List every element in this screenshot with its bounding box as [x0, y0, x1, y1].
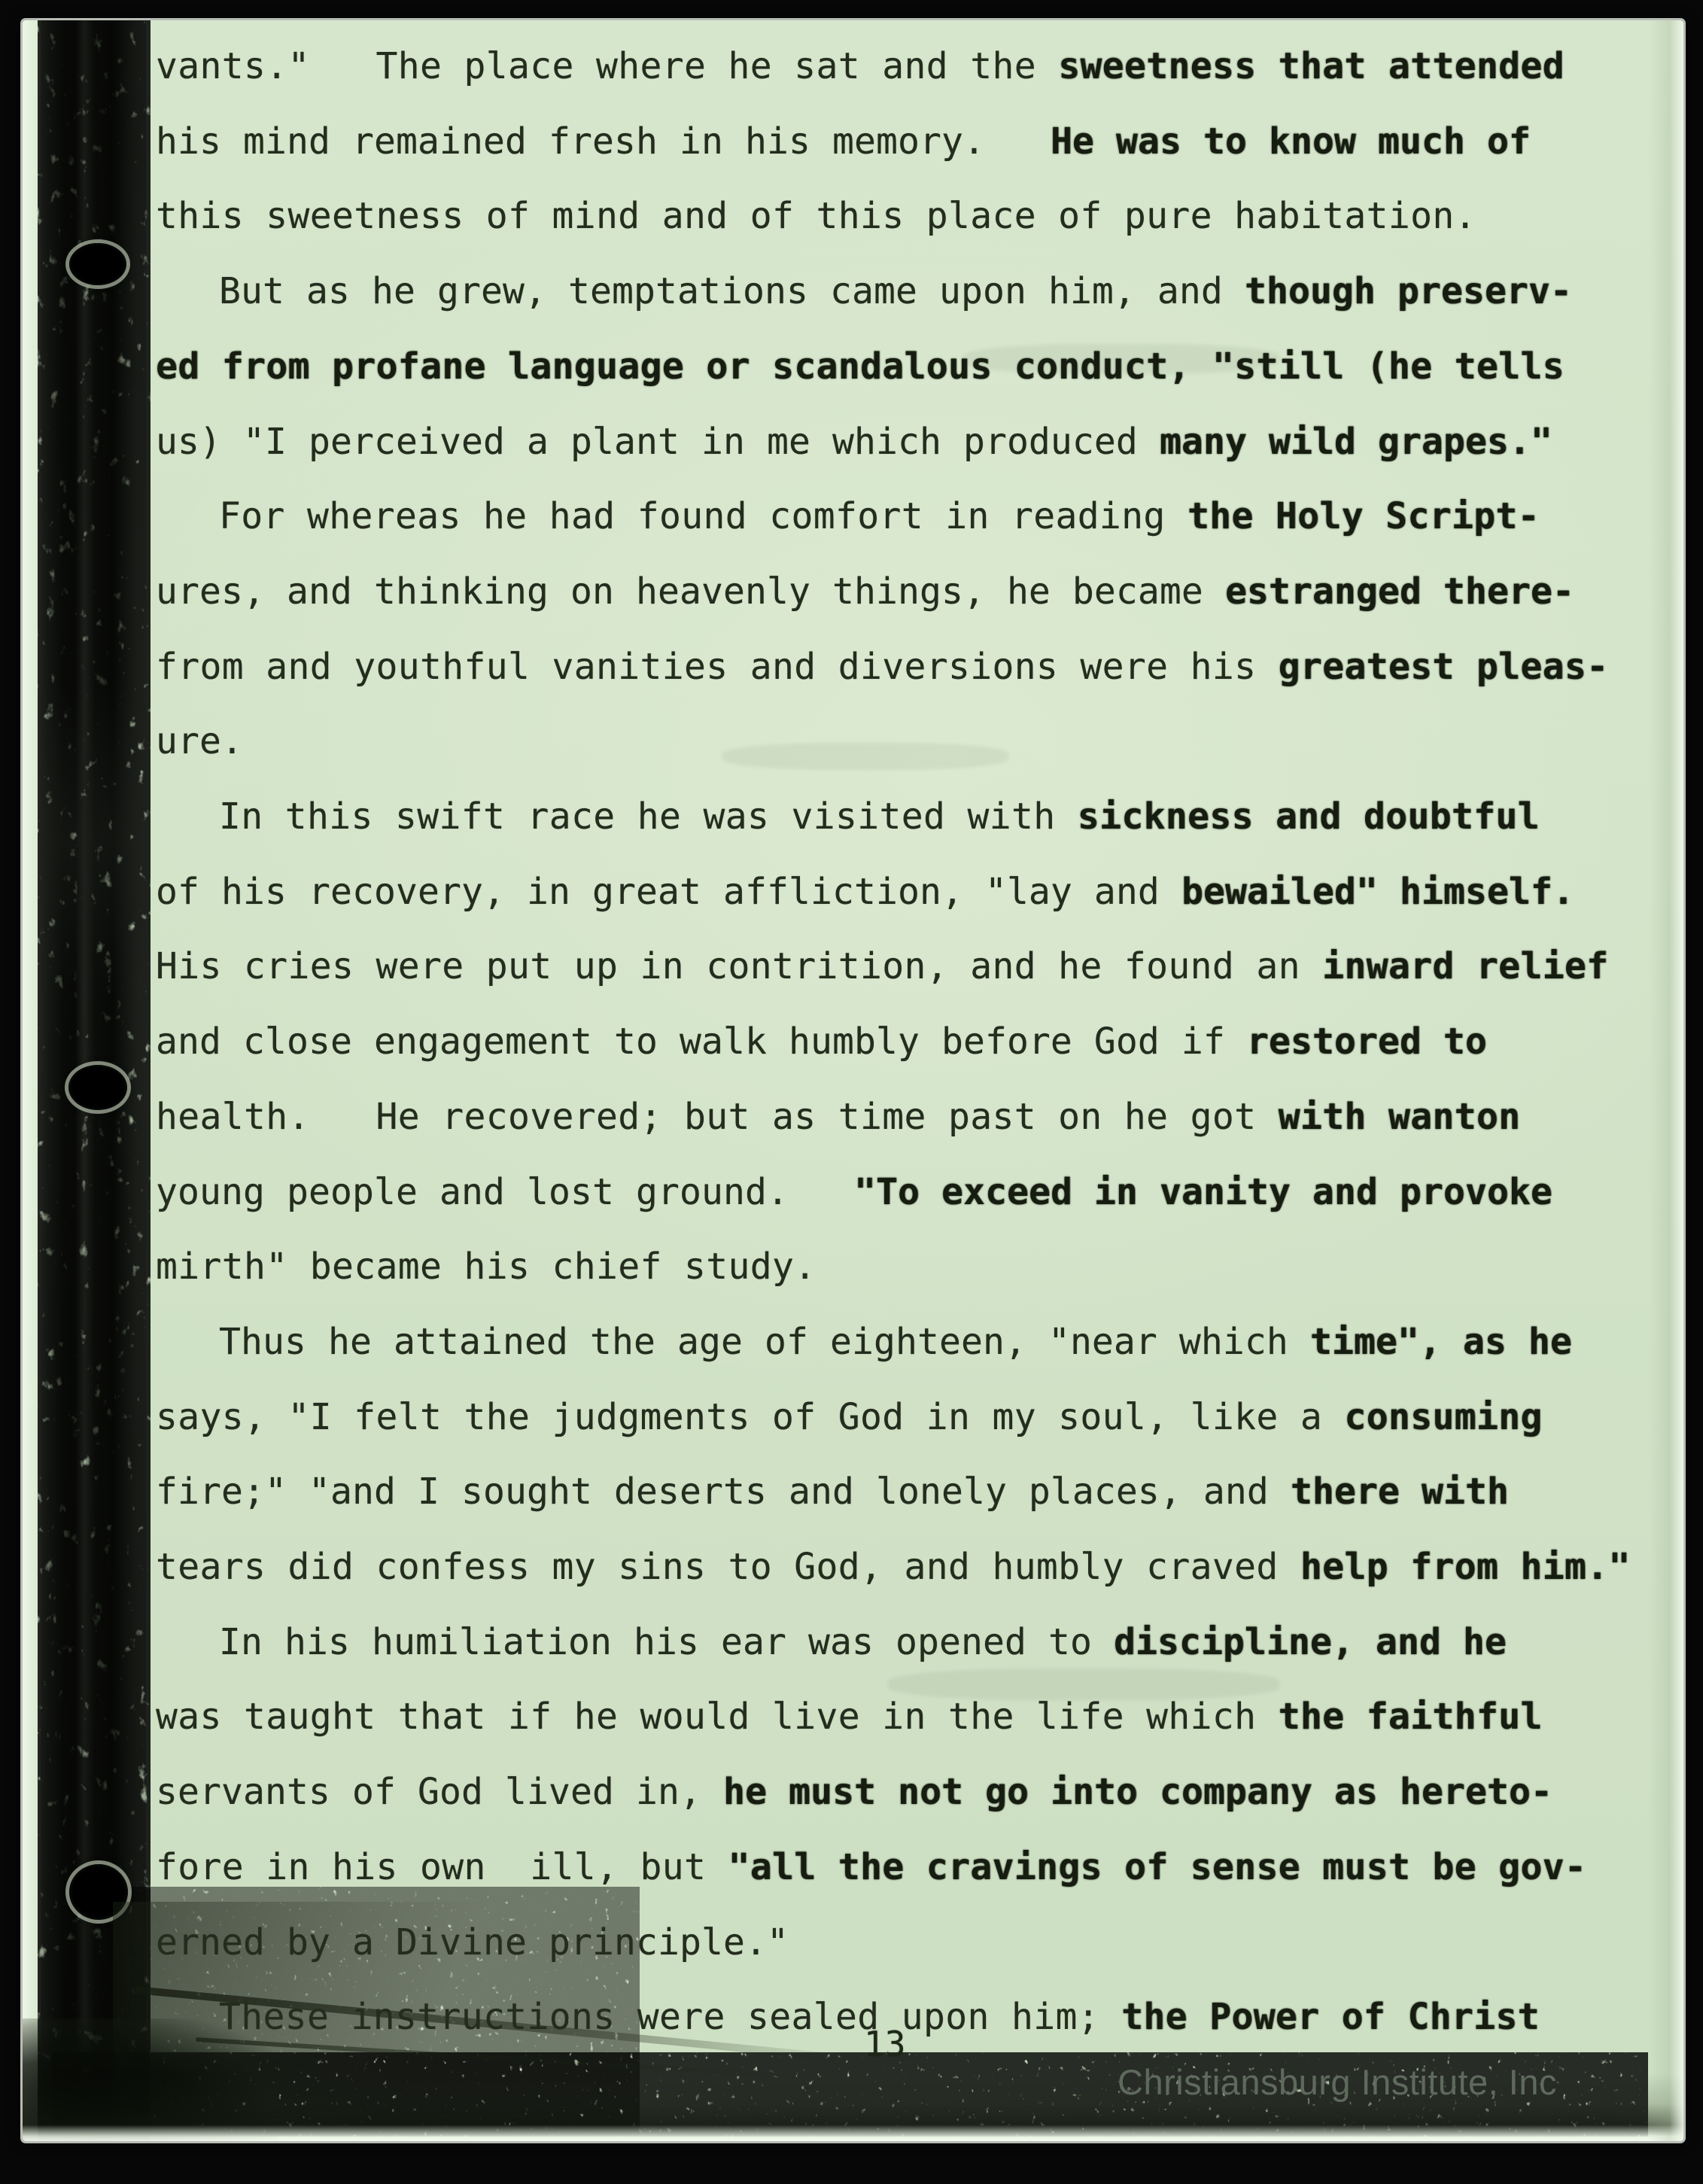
text-line: For whereas he had found comfort in read… — [156, 497, 1540, 536]
text-segment-bold: the faithful — [1279, 1696, 1543, 1738]
text-segment: and close engagement to walk humbly befo… — [156, 1021, 1247, 1063]
text-line: health. He recovered; but as time past o… — [156, 1097, 1520, 1136]
text-line: vants." The place where he sat and the s… — [156, 47, 1565, 86]
text-line: says, "I felt the judgments of God in my… — [156, 1398, 1543, 1437]
text-segment: mirth" became his chief study. — [156, 1246, 816, 1288]
text-segment-bold: greatest pleas- — [1279, 646, 1609, 688]
text-segment: For whereas he had found comfort in read… — [219, 495, 1188, 537]
text-line: ure. — [156, 722, 243, 761]
text-line: ures, and thinking on heavenly things, h… — [156, 572, 1574, 611]
text-segment-bold: with wanton — [1279, 1096, 1521, 1138]
text-segment-bold: sickness and doubtful — [1078, 795, 1540, 838]
text-segment-bold: he must not go into company as hereto- — [723, 1771, 1552, 1813]
text-segment: But as he grew, temptations came upon hi… — [219, 270, 1245, 312]
text-segment-bold: the Power of Christ — [1121, 1996, 1540, 2038]
text-segment-bold: restored to — [1247, 1021, 1487, 1063]
text-line: his mind remained fresh in his memory. H… — [156, 122, 1531, 161]
paper-right-edge-highlight — [1649, 20, 1683, 2141]
text-line: ed from profane language or scandalous c… — [156, 347, 1565, 386]
text-line: us) "I perceived a plant in me which pro… — [156, 422, 1552, 461]
text-segment: These instructions were sealed upon him; — [219, 1996, 1121, 2038]
text-line: servants of God lived in, he must not go… — [156, 1772, 1552, 1811]
text-segment: In this swift race he was visited with — [219, 795, 1078, 838]
text-segment: ure. — [156, 720, 243, 762]
text-segment-bold: bewailed" himself. — [1181, 871, 1574, 913]
text-segment: vants." The place where he sat and the — [156, 45, 1058, 87]
text-segment-bold: time", as he — [1310, 1321, 1572, 1363]
typewritten-text-block: vants." The place where he sat and the s… — [156, 20, 1653, 2141]
text-segment: ures, and thinking on heavenly things, h… — [156, 570, 1225, 613]
text-line: from and youthful vanities and diversion… — [156, 647, 1608, 686]
text-segment: His cries were put up in contrition, and… — [156, 945, 1322, 987]
text-segment-bold: ed from profane language or scandalous c… — [156, 345, 1565, 388]
text-segment-bold: He was to know much of — [1051, 120, 1531, 163]
text-segment-bold: there with — [1291, 1471, 1509, 1513]
text-line: this sweetness of mind and of this place… — [156, 196, 1476, 236]
text-segment: In his humiliation his ear was opened to — [219, 1621, 1114, 1663]
text-segment-bold: many wild grapes." — [1160, 421, 1552, 463]
page-number: 13 — [864, 2024, 905, 2064]
watermark-text: Christiansburg Institute, Inc — [1118, 2061, 1667, 2103]
text-segment: says, "I felt the judgments of God in my… — [156, 1396, 1344, 1438]
text-segment-bold: "all the cravings of sense must be gov- — [728, 1846, 1586, 1888]
text-line: His cries were put up in contrition, and… — [156, 947, 1608, 986]
text-segment-bold: sweetness that attended — [1058, 45, 1565, 87]
punch-hole-middle — [68, 1065, 127, 1110]
text-line: But as he grew, temptations came upon hi… — [156, 272, 1572, 311]
text-line: and close engagement to walk humbly befo… — [156, 1022, 1487, 1061]
text-line: young people and lost ground. "To exceed… — [156, 1173, 1552, 1212]
text-segment: us) "I perceived a plant in me which pro… — [156, 421, 1160, 463]
text-line: of his recovery, in great affliction, "l… — [156, 872, 1574, 911]
text-segment-bold: estranged there- — [1225, 570, 1574, 613]
text-segment: of his recovery, in great affliction, "l… — [156, 871, 1181, 913]
binding-streak-fade — [41, 683, 146, 999]
text-segment: young people and lost ground. — [156, 1171, 854, 1213]
text-line: tears did confess my sins to God, and hu… — [156, 1547, 1631, 1586]
text-line: In his humiliation his ear was opened to… — [156, 1623, 1507, 1662]
text-segment: erned by a Divine principle." — [156, 1921, 789, 1963]
text-segment-bold: "To exceed in vanity and provoke — [854, 1171, 1552, 1213]
text-line: Thus he attained the age of eighteen, "n… — [156, 1322, 1572, 1361]
text-line: fire;" "and I sought deserts and lonely … — [156, 1472, 1509, 1511]
punch-hole-top — [69, 243, 126, 285]
text-segment: this sweetness of mind and of this place… — [156, 195, 1476, 237]
text-segment: Thus he attained the age of eighteen, "n… — [219, 1321, 1310, 1363]
text-segment: from and youthful vanities and diversion… — [156, 646, 1279, 688]
text-segment: health. He recovered; but as time past o… — [156, 1096, 1279, 1138]
text-segment-bold: the Holy Script- — [1188, 495, 1540, 537]
text-segment: fore in his own ill, but — [156, 1846, 728, 1888]
text-segment: his mind remained fresh in his memory. — [156, 120, 1051, 163]
text-segment-bold: though preserv- — [1245, 270, 1572, 312]
paper-sheet: vants." The place where he sat and the s… — [23, 20, 1683, 2141]
text-segment: servants of God lived in, — [156, 1771, 723, 1813]
text-segment: was taught that if he would live in the … — [156, 1696, 1279, 1738]
text-segment: fire;" "and I sought deserts and lonely … — [156, 1471, 1291, 1513]
text-segment: tears did confess my sins to God, and hu… — [156, 1546, 1300, 1588]
text-line: These instructions were sealed upon him;… — [156, 1997, 1540, 2036]
text-line: fore in his own ill, but "all the cravin… — [156, 1848, 1586, 1887]
text-segment-bold: discipline, and he — [1114, 1621, 1507, 1663]
text-segment-bold: inward relief — [1322, 945, 1608, 987]
text-segment-bold: consuming — [1344, 1396, 1542, 1438]
text-line: erned by a Divine principle." — [156, 1923, 789, 1962]
text-line: In this swift race he was visited with s… — [156, 797, 1540, 836]
text-line: mirth" became his chief study. — [156, 1247, 816, 1286]
text-segment-bold: help from him." — [1300, 1546, 1631, 1588]
scanned-document-page: vants." The place where he sat and the s… — [0, 0, 1703, 2184]
text-line: was taught that if he would live in the … — [156, 1697, 1543, 1736]
